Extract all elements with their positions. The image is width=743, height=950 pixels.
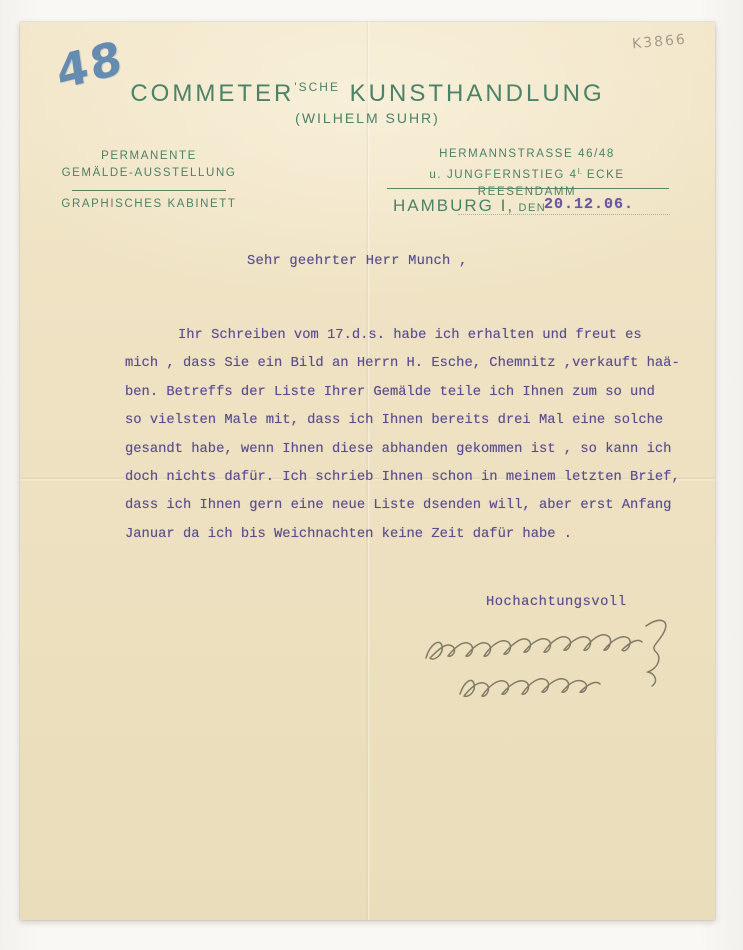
body-line: mich , dass Sie ein Bild an Herrn H. Esc… — [125, 350, 685, 378]
letter-body: Ihr Schreiben vom 17.d.s. habe ich erhal… — [125, 322, 685, 549]
body-line: so vielsten Male mit, dass ich Ihnen ber… — [125, 407, 685, 435]
company-name-rest: KUNSTHANDLUNG — [350, 80, 605, 107]
left-block-divider — [72, 190, 226, 191]
company-name-suffix: 'SCHE — [294, 80, 340, 94]
handwritten-signature — [412, 606, 712, 721]
left-block-line3: GRAPHISCHES KABINETT — [48, 196, 250, 213]
city-label: HAMBURG I, — [393, 196, 514, 215]
right-address-block: HERMANNSTRASSE 46/48 u. JUNGFERNSTIEG 4I… — [383, 146, 671, 201]
left-block-line2: GEMÄLDE-AUSSTELLUNG — [48, 165, 250, 182]
body-line: gesandt habe, wenn Ihnen diese abhanden … — [125, 436, 685, 464]
left-block-line1: PERMANENTE — [48, 148, 250, 165]
body-line: doch nichts dafür. Ich schrieb Ihnen sch… — [125, 464, 685, 492]
company-name: COMMETER'SCHE KUNSTHANDLUNG — [20, 80, 715, 108]
body-line: Ihr Schreiben vom 17.d.s. habe ich erhal… — [125, 322, 685, 350]
right-block-divider — [387, 188, 669, 189]
date-line: HAMBURG I, DEN — [393, 196, 546, 216]
catalog-number-annotation: K3866 — [631, 32, 687, 53]
date-underline — [458, 214, 670, 215]
body-line: Januar da ich bis Weichnachten keine Zei… — [125, 521, 685, 549]
proprietor-name: (WILHELM SUHR) — [20, 110, 715, 126]
salutation: Sehr geehrter Herr Munch , — [247, 254, 467, 269]
typed-date: 20.12.06. — [544, 196, 634, 213]
letter-paper: 48 K3866 COMMETER'SCHE KUNSTHANDLUNG (WI… — [20, 22, 715, 920]
signature-svg — [412, 606, 712, 721]
den-label: DEN — [519, 202, 547, 214]
company-name-main: COMMETER — [130, 80, 294, 107]
left-address-block-lower: GRAPHISCHES KABINETT — [48, 196, 250, 213]
street-address-line1: HERMANNSTRASSE 46/48 — [383, 146, 671, 163]
body-line: ben. Betreffs der Liste Ihrer Gemälde te… — [125, 379, 685, 407]
left-address-block: PERMANENTE GEMÄLDE-AUSSTELLUNG — [48, 148, 250, 182]
body-line: dass ich Ihnen gern eine neue Liste dsen… — [125, 492, 685, 520]
